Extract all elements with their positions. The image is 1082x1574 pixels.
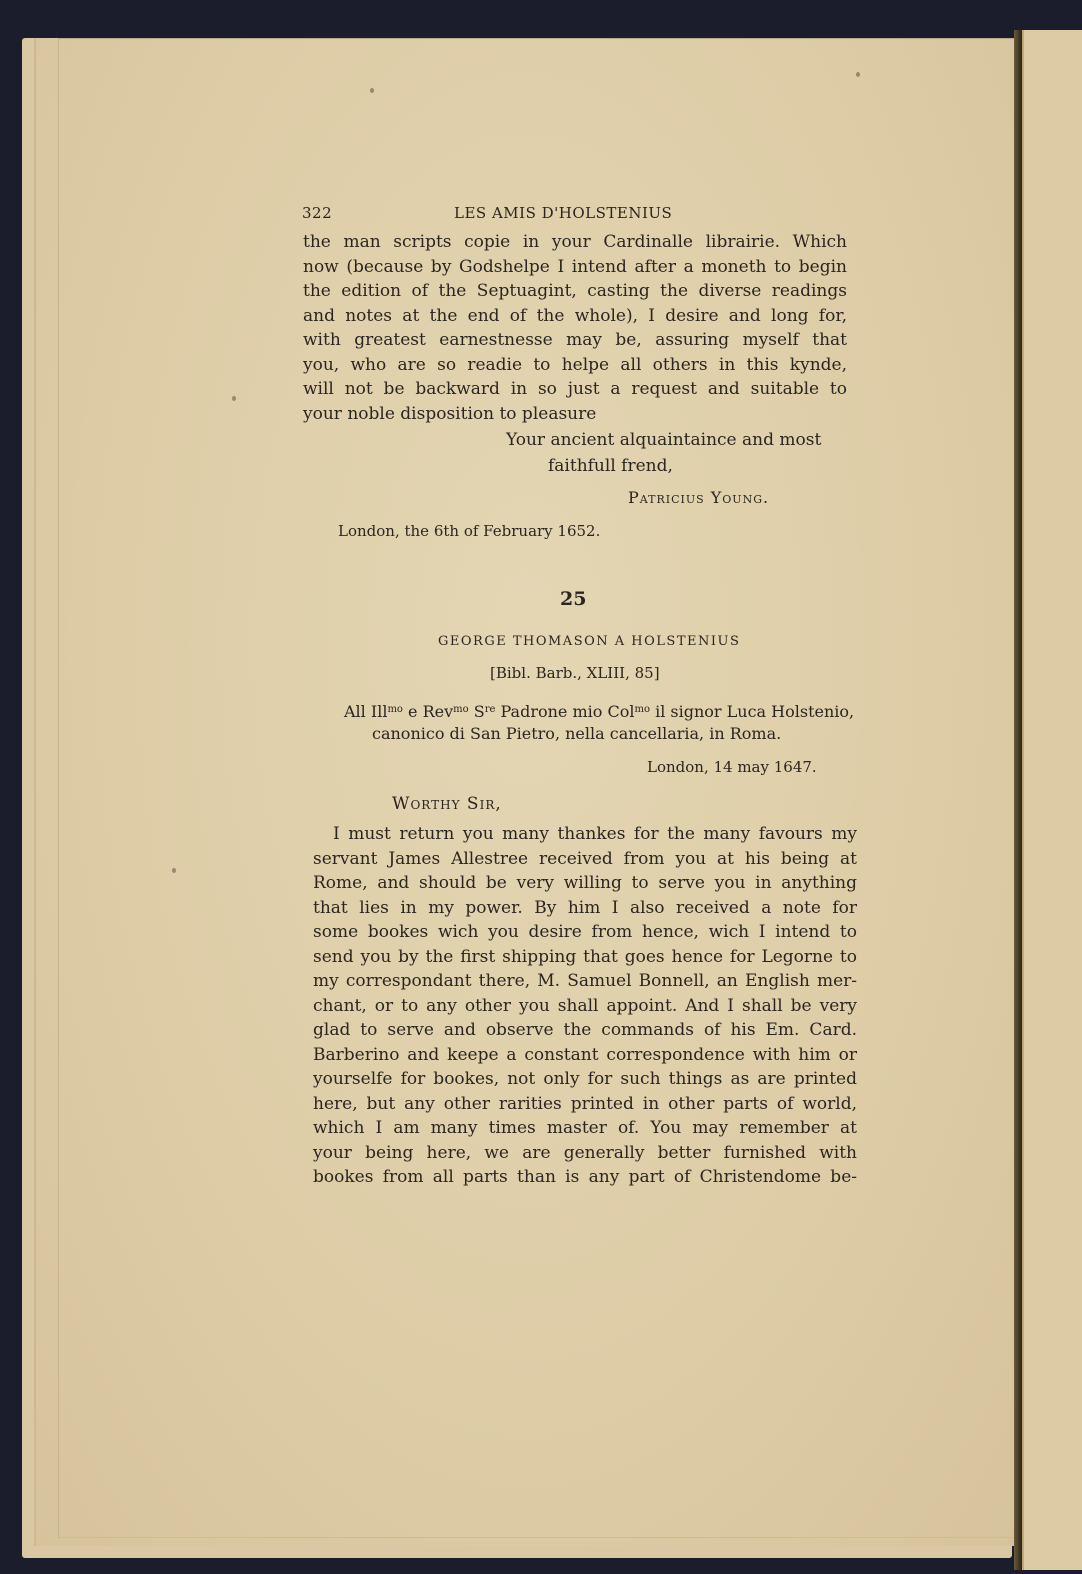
text-line: that lies in my power. By him I also rec… [313,896,857,921]
signature: Patricius Young. [628,488,769,507]
text-line: my correspondant there, M. Samuel Bonnel… [313,969,857,994]
superscript: re [485,704,496,715]
address-text: il signor Luca Holstenio, [650,702,854,721]
facing-page-sliver [1022,30,1082,1570]
address-text: All Ill [344,702,387,721]
text-line: I must return you many thankes for the m… [313,822,857,847]
text-line: yourselfe for bookes, not only for such … [313,1067,857,1092]
address-text: Padrone mio Col [495,702,634,721]
running-title: LES AMIS D'HOLSTENIUS [454,204,672,222]
book-gutter [1014,30,1022,1570]
text-line: your noble disposition to pleasure [303,402,847,427]
address-line-2: canonico di San Pietro, nella cancellari… [372,724,781,743]
paper-speck [370,88,374,93]
superscript: mo [453,704,469,715]
address-text: S [469,702,485,721]
paper-speck [856,72,860,77]
address-line-1: All Illmo e Revmo Sre Padrone mio Colmo … [344,702,854,721]
text-line: chant, or to any other you shall appoint… [313,994,857,1019]
text-line: send you by the first shipping that goes… [313,945,857,970]
text-line: the edition of the Septuagint, casting t… [303,279,847,304]
closing-line-2: faithfull frend, [548,456,673,476]
letter-24-date: London, the 6th of February 1652. [338,522,600,540]
salutation: Worthy Sir, [392,794,502,814]
text-line: which I am many times master of. You may… [313,1116,857,1141]
text-line: Barberino and keepe a constant correspon… [313,1043,857,1068]
text-line: and notes at the end of the whole), I de… [303,304,847,329]
text-line: now (because by Godshelpe I intend after… [303,255,847,280]
text-line: here, but any other rarities printed in … [313,1092,857,1117]
letter-25-date: London, 14 may 1647. [647,758,817,776]
letter-number: 25 [560,588,586,610]
superscript: mo [387,704,403,715]
letter-24-paragraph: the man scripts copie in your Cardinalle… [303,230,847,426]
text-line: the man scripts copie in your Cardinalle… [303,230,847,255]
letter-title: GEORGE THOMASON A HOLSTENIUS [438,634,740,649]
text-line: with greatest earnestnesse may be, assur… [303,328,847,353]
paper-speck [172,868,176,873]
text-line: servant James Allestree received from yo… [313,847,857,872]
text-line: you, who are so readie to helpe all othe… [303,353,847,378]
superscript: mo [634,704,650,715]
page-number: 322 [302,204,332,222]
text-line: some bookes wich you desire from hence, … [313,920,857,945]
closing-line-1: Your ancient alquaintaince and most [506,430,821,450]
source-reference: [Bibl. Barb., XLIII, 85] [490,664,660,682]
text-line: will not be backward in so just a reques… [303,377,847,402]
text-line: Rome, and should be very willing to serv… [313,871,857,896]
paper-speck [232,396,236,401]
running-head: 322 LES AMIS D'HOLSTENIUS [302,204,847,226]
letter-25-paragraph: I must return you many thankes for the m… [313,822,857,1190]
text-line: bookes from all parts than is any part o… [313,1165,857,1190]
address-text: e Rev [403,702,453,721]
text-line: your being here, we are generally better… [313,1141,857,1166]
text-line: glad to serve and observe the commands o… [313,1018,857,1043]
